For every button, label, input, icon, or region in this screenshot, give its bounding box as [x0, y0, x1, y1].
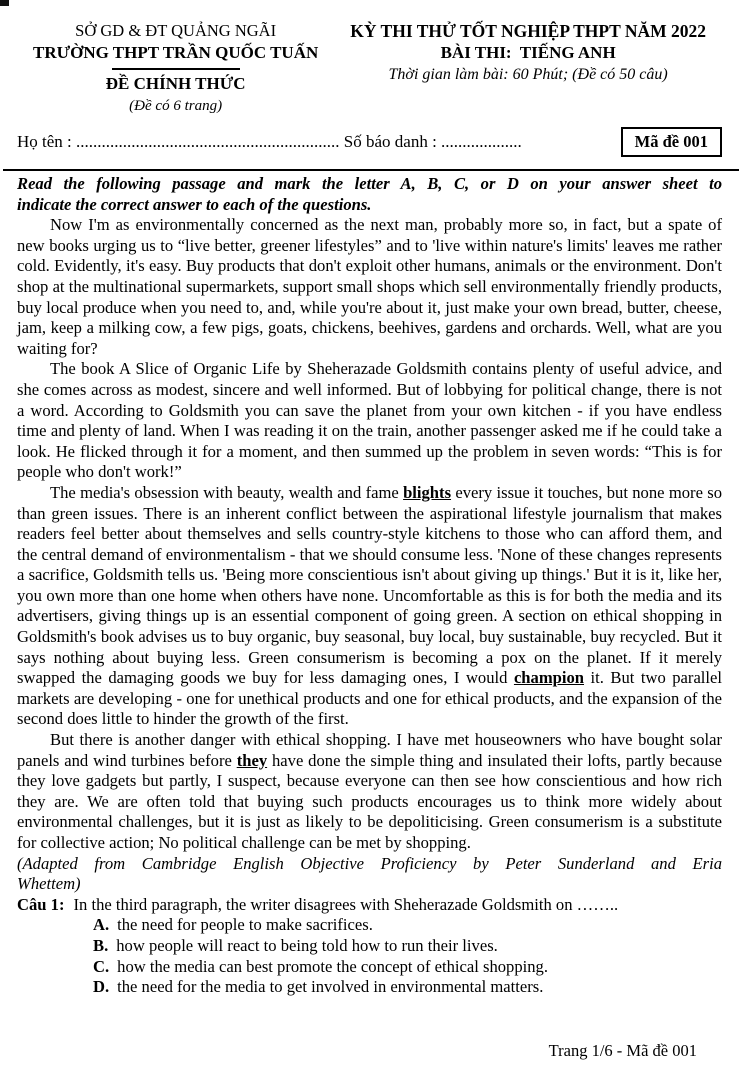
- exam-code-box: Mã đề 001: [621, 127, 722, 157]
- option-b-text: how people will react to being told how …: [116, 936, 498, 955]
- passage-paragraph-3: The media's obsession with beauty, wealt…: [17, 483, 722, 730]
- underlined-word-champion: champion: [514, 668, 584, 687]
- reading-instruction-line1: Read the following passage and mark the …: [17, 174, 722, 195]
- question-1-line: Câu 1:In the third paragraph, the writer…: [17, 895, 722, 916]
- scan-artifact: [0, 0, 9, 6]
- department-name: SỞ GD & ĐT QUẢNG NGÃI: [17, 20, 334, 42]
- passage-source-line1: (Adapted from Cambridge English Objectiv…: [17, 854, 722, 875]
- candidate-name-line: Họ tên : ...............................…: [17, 132, 611, 152]
- passage-paragraph-1: Now I'm as environmentally concerned as …: [17, 215, 722, 359]
- official-exam-label: ĐỀ CHÍNH THỨC: [17, 73, 334, 95]
- reading-instruction-line2: indicate the correct answer to each of t…: [17, 195, 722, 216]
- paragraph-3-text-a: The media's obsession with beauty, wealt…: [50, 483, 403, 502]
- header-divider-rule: [112, 68, 240, 70]
- option-a-text: the need for people to make sacrifices.: [117, 915, 373, 934]
- paragraph-3-text-b: every issue it touches, but none more so…: [17, 483, 722, 687]
- question-1-number: Câu 1:: [17, 895, 64, 914]
- exam-page: SỞ GD & ĐT QUẢNG NGÃI TRƯỜNG THPT TRẦN Q…: [0, 0, 742, 1070]
- exam-subject: BÀI THI: TIẾNG ANH: [334, 42, 722, 64]
- exam-duration-note: Thời gian làm bài: 60 Phút; (Đề có 50 câ…: [334, 64, 722, 86]
- school-name: TRƯỜNG THPT TRẦN QUỐC TUẤN: [17, 42, 334, 64]
- underlined-word-they: they: [237, 751, 267, 770]
- question-1-text: In the third paragraph, the writer disag…: [73, 895, 618, 914]
- option-a-letter: A.: [93, 915, 109, 934]
- option-b-letter: B.: [93, 936, 108, 955]
- question-1-options: A.the need for people to make sacrifices…: [17, 915, 722, 997]
- option-d-text: the need for the media to get involved i…: [117, 977, 543, 996]
- option-d-letter: D.: [93, 977, 109, 996]
- passage-paragraph-4: But there is another danger with ethical…: [17, 730, 722, 854]
- option-c: C.how the media can best promote the con…: [17, 957, 722, 978]
- header-right-block: KỲ THI THỬ TỐT NGHIỆP THPT NĂM 2022 BÀI …: [334, 20, 722, 117]
- passage-source: (Adapted from Cambridge English Objectiv…: [17, 854, 722, 895]
- page-count-note: (Đề có 6 trang): [17, 95, 334, 117]
- option-a: A.the need for people to make sacrifices…: [17, 915, 722, 936]
- exam-header: SỞ GD & ĐT QUẢNG NGÃI TRƯỜNG THPT TRẦN Q…: [17, 20, 722, 117]
- exam-title: KỲ THI THỬ TỐT NGHIỆP THPT NĂM 2022: [334, 20, 722, 42]
- option-b: B.how people will react to being told ho…: [17, 936, 722, 957]
- header-left-block: SỞ GD & ĐT QUẢNG NGÃI TRƯỜNG THPT TRẦN Q…: [17, 20, 334, 117]
- option-c-text: how the media can best promote the conce…: [117, 957, 548, 976]
- candidate-info-row: Họ tên : ...............................…: [17, 127, 722, 157]
- underlined-word-blights: blights: [403, 483, 451, 502]
- page-footer: Trang 1/6 - Mã đề 001: [549, 1041, 697, 1061]
- passage-source-line2: Whettem): [17, 874, 722, 895]
- reading-instruction: Read the following passage and mark the …: [17, 174, 722, 215]
- passage-paragraph-2: The book A Slice of Organic Life by Sheh…: [17, 359, 722, 483]
- header-separator: [3, 169, 739, 171]
- question-1: Câu 1:In the third paragraph, the writer…: [17, 895, 722, 998]
- option-d: D.the need for the media to get involved…: [17, 977, 722, 998]
- option-c-letter: C.: [93, 957, 109, 976]
- exam-body: Read the following passage and mark the …: [17, 174, 722, 998]
